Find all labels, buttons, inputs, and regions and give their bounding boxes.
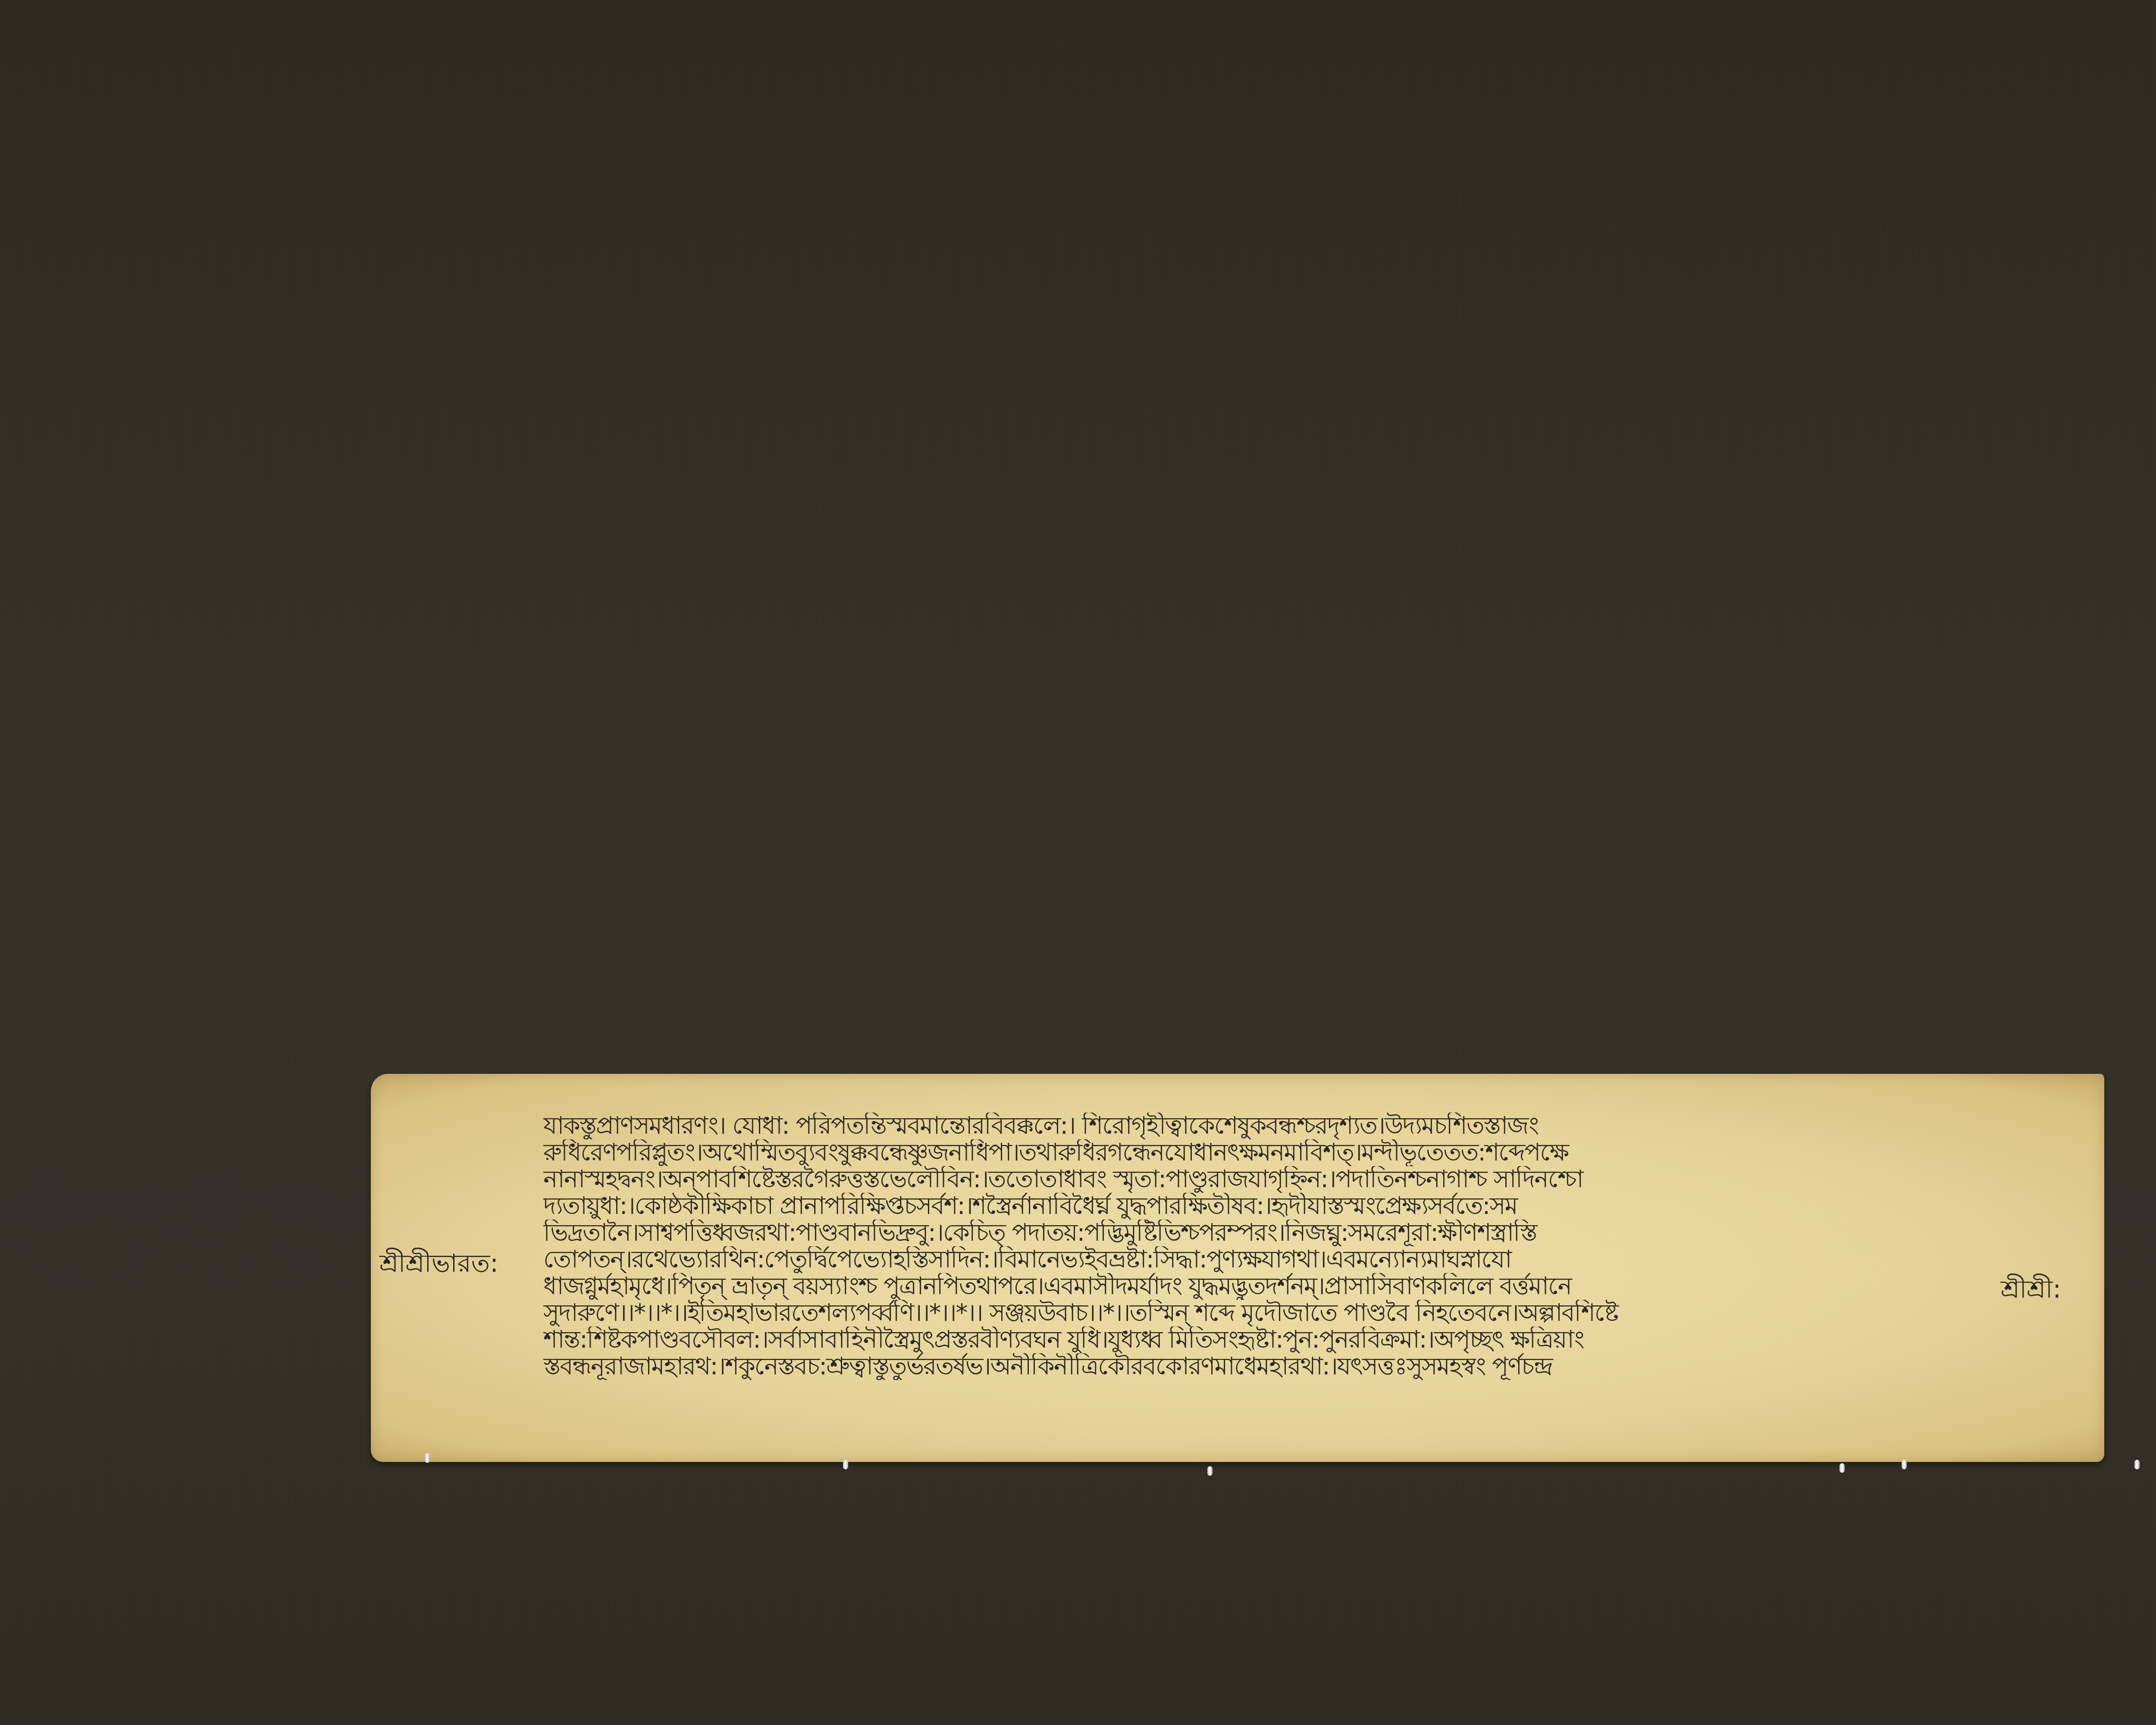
mounting-pin — [425, 1453, 430, 1463]
text-line: স্তবন্ধনূরাজামহারথ:।শকুনেস্তবচ:শ্রুত্বাস… — [543, 1353, 2018, 1380]
mounting-pin — [2134, 1460, 2140, 1469]
text-line: ধাজগ্নুর্মহামৃধে।পিতৃন্ ভ্রাতৃন্ বয়স্যা… — [543, 1273, 2018, 1300]
mounting-pin — [1839, 1463, 1845, 1473]
mounting-pin — [1207, 1466, 1213, 1476]
text-line: শান্ত:শিষ্টকপাণ্ডবসৌবল:।সর্বাসাবাহিনীস্ত… — [543, 1327, 2018, 1353]
display-board-background — [0, 0, 2156, 1725]
margin-label-left: শ্রীশ্রীভারত: — [379, 1244, 498, 1286]
text-line: যাকস্তুপ্রাণসমধারণং। যোধা: পরিপতন্তিস্মব… — [543, 1113, 2018, 1139]
text-line: নানাস্মহদ্বনং।অন্পাবশিষ্টেস্তরগৈরুত্তস্ত… — [543, 1166, 2018, 1193]
manuscript-text: যাকস্তুপ্রাণসমধারণং। যোধা: পরিপতন্তিস্মব… — [543, 1113, 2018, 1380]
text-line: রুধিরেণপরিপ্লুতং।অথোম্মিতব্যুবংষুক্কবন্ধ… — [543, 1139, 2018, 1166]
mounting-pin — [843, 1460, 848, 1469]
mounting-pin — [1902, 1460, 1907, 1469]
manuscript-folio: শ্রীশ্রীভারত: যাকস্তুপ্রাণসমধারণং। যোধা:… — [371, 1074, 2104, 1462]
text-line: দ্যতায়ুধা:।কোষ্ঠকীক্ষিকাচা প্রানাপরিক্ষ… — [543, 1193, 2018, 1220]
margin-label-right: শ্রীশ্রী: — [2001, 1270, 2061, 1312]
text-line: তোপতন্।রথেভ্যোরথিন:পেতুর্দ্বিপেভ্যোহস্তি… — [543, 1246, 2018, 1273]
text-line: ভিদ্রতানৈ।সাশ্বপত্তিধ্বজরথা:পাণ্ডবানভিদ্… — [543, 1220, 2018, 1246]
text-line: সুদারুণে।।*।।*।।ইতিমহাভারতেশল্যপর্ব্বণি।… — [543, 1300, 2018, 1327]
